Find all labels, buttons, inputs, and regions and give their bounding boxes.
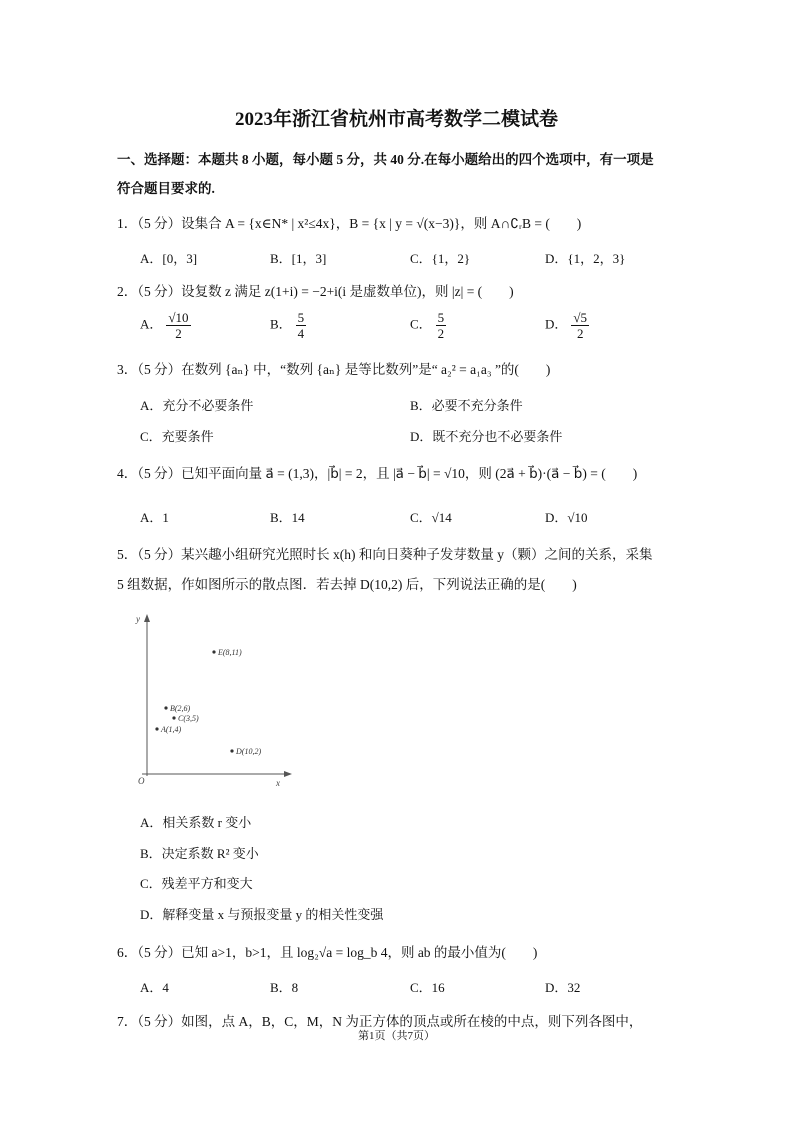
page-title: 2023年浙江省杭州市高考数学二模试卷 <box>0 104 793 131</box>
q2-option-a: A．√102 <box>140 310 191 341</box>
q5-option-c: C．残差平方和变大 <box>140 873 253 892</box>
q5-option-a: A．相关系数 r 变小 <box>140 812 251 831</box>
option-label: A． <box>140 316 162 331</box>
q5-option-b: B．决定系数 R² 变小 <box>140 843 259 862</box>
denominator: 2 <box>571 326 589 341</box>
y-axis-label: y <box>135 614 140 624</box>
point-c <box>172 716 175 719</box>
y-axis-arrow-icon <box>144 614 150 622</box>
option-label: B． <box>270 316 292 331</box>
q4-option-d: D．√10 <box>545 507 588 526</box>
question-5-stem-line2: 5 组数据，作如图所示的散点图．若去掉 D(10,2) 后，下列说法正确的是( … <box>117 573 577 593</box>
denominator: 4 <box>296 326 307 341</box>
question-6-stem: 6．（5 分）已知 a>1，b>1，且 log₂√a = log_b 4，则 a… <box>117 941 537 961</box>
q4-option-c: C．√14 <box>410 507 452 526</box>
point-e <box>212 650 215 653</box>
question-3-stem: 3．（5 分）在数列 {aₙ} 中，“数列 {aₙ} 是等比数列”是“ a₂² … <box>117 358 550 378</box>
point-a-label: A(1,4) <box>160 725 182 734</box>
q2-option-c: C．52 <box>410 310 446 341</box>
q3-option-a: A．充分不必要条件 <box>140 395 253 414</box>
q4-option-a: A．1 <box>140 507 169 526</box>
section-heading-line1: 一、选择题：本题共 8 小题，每小题 5 分，共 40 分.在每小题给出的四个选… <box>117 148 654 168</box>
question-5-stem-line1: 5．（5 分）某兴趣小组研究光照时长 x(h) 和向日葵种子发芽数量 y（颗）之… <box>117 543 653 563</box>
point-a <box>155 727 158 730</box>
q5-option-d: D．解释变量 x 与预报变量 y 的相关性变强 <box>140 904 383 923</box>
scatter-plot: y x O E(8,11) B(2,6) C(3,5) A(1,4) D(10,… <box>128 608 298 788</box>
q3-option-b: B．必要不充分条件 <box>410 395 523 414</box>
point-d-label: D(10,2) <box>235 747 261 756</box>
point-b <box>164 706 167 709</box>
numerator: √5 <box>571 310 589 326</box>
point-b-label: B(2,6) <box>170 704 191 713</box>
q6-option-d: D．32 <box>545 977 580 996</box>
q3-option-c: C．充要条件 <box>140 426 214 445</box>
point-c-label: C(3,5) <box>178 714 199 723</box>
x-axis-label: x <box>275 778 280 788</box>
q4-option-b: B．14 <box>270 507 305 526</box>
q1-option-b: B．[1，3] <box>270 248 326 267</box>
denominator: 2 <box>166 326 190 341</box>
origin-label: O <box>138 776 145 786</box>
question-2-stem: 2．（5 分）设复数 z 满足 z(1+i) = −2+i(i 是虚数单位)，则… <box>117 280 514 300</box>
q6-option-a: A．4 <box>140 977 169 996</box>
q2-option-b: B．54 <box>270 310 306 341</box>
page-footer: 第1页（共7页） <box>0 1027 793 1043</box>
numerator: 5 <box>296 310 307 326</box>
q6-option-c: C．16 <box>410 977 445 996</box>
scatter-plot-svg: y x O E(8,11) B(2,6) C(3,5) A(1,4) D(10,… <box>128 608 298 788</box>
q3-option-d: D．既不充分也不必要条件 <box>410 426 562 445</box>
q6-option-b: B．8 <box>270 977 298 996</box>
point-d <box>230 749 233 752</box>
x-axis-arrow-icon <box>284 771 292 777</box>
point-e-label: E(8,11) <box>217 648 242 657</box>
q2-option-d: D．√52 <box>545 310 589 341</box>
q1-option-d: D．{1，2，3} <box>545 248 625 267</box>
q1-option-a: A．[0，3] <box>140 248 197 267</box>
numerator: 5 <box>436 310 447 326</box>
question-1-stem: 1．（5 分）设集合 A = {x∈N* | x²≤4x}，B = {x | y… <box>117 212 581 232</box>
q1-option-c: C．{1，2} <box>410 248 470 267</box>
option-label: D． <box>545 316 567 331</box>
numerator: √10 <box>166 310 190 326</box>
section-heading-line2: 符合题目要求的. <box>117 177 215 197</box>
question-4-stem: 4．（5 分）已知平面向量 a⃗ = (1,3)，|b⃗| = 2，且 |a⃗ … <box>117 462 637 482</box>
option-label: C． <box>410 316 432 331</box>
denominator: 2 <box>436 326 447 341</box>
